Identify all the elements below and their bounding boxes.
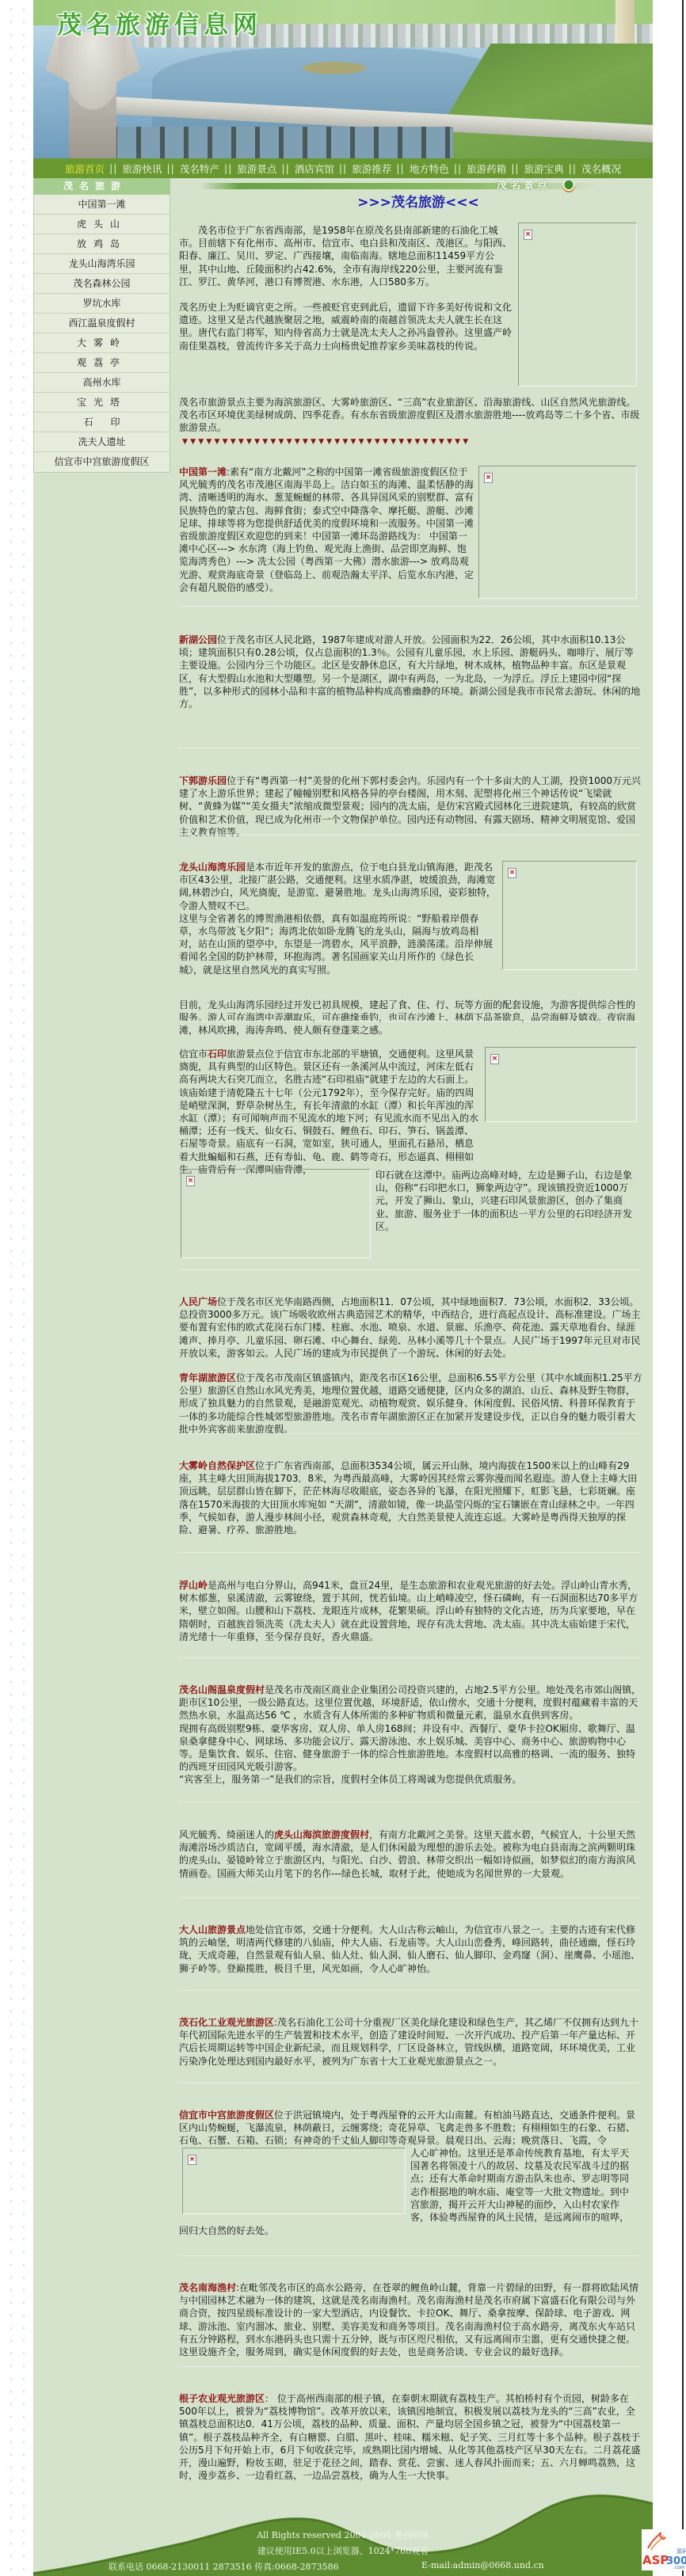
spot-name: 中国第一滩	[179, 466, 227, 478]
spot-entry: 茂名南海渔村:在毗邻茂名市区的高水公路旁，在苍翠的鲤鱼岭山麓，背靠一片碧绿的田野…	[179, 2281, 642, 2358]
nav-item-home[interactable]: 旅游首页	[65, 162, 105, 176]
spot-text: :素有“南方北戴河”之称的中国第一滩省级旅游度假区位于风光毓秀的茂名市茂港区南海…	[179, 466, 474, 593]
sidebar-item[interactable]: 罗坑水库	[34, 294, 170, 314]
image-placeholder: ×	[478, 466, 637, 599]
spot-text: 目前，龙头山海湾乐园经过开发已初具规模，建起了食、住、行、玩等方面的配套设施，为…	[179, 999, 642, 1037]
image-placeholder: ×	[485, 1047, 637, 1122]
divider	[179, 1990, 640, 1991]
background-pattern	[0, 0, 33, 2576]
asp300-logo[interactable]: ASP 300 源码 .com	[642, 2529, 686, 2570]
intro-paragraph: 茂名市旅游景点主要为海滨旅游区、大雾岭旅游区、“三高”农业旅游区、沿海旅游线、山…	[179, 396, 642, 435]
spot-prefix: 风光毓秀、绮丽迷人的	[179, 1829, 274, 1840]
nav-item-local[interactable]: 地方特色	[410, 162, 449, 176]
divider	[179, 1897, 640, 1898]
sidebar-item[interactable]: 石印	[34, 413, 170, 432]
spot-text: :在毗邻茂名市区的高水公路旁，在苍翠的鲤鱼岭山麓，背靠一片碧绿的田野，有一群将欧…	[179, 2282, 638, 2357]
spot-entry-continued: 回归大自然的好去处。	[179, 2224, 642, 2237]
image-placeholder: ×	[181, 1169, 371, 1258]
footer-email[interactable]: E-mail:admin@0668.und.cn	[421, 2560, 544, 2570]
spot-name: 大雾岭自然保护区	[179, 1460, 255, 1471]
spot-name: 茂名南海渔村	[179, 2282, 236, 2293]
spot-text: 位于茂名市区人民北路，1987年建成对游人开放。公园面积为22．26公顷，其中水…	[179, 634, 640, 710]
heart-divider: ▼▼▼▼▼▼▼▼▼▼▼▼▼▼▼▼▼▼▼▼▼▼▼▼▼▼▼▼▼▼▼▼▼▼▼▼	[182, 438, 471, 446]
divider	[179, 748, 640, 748]
banner-bridge-piers	[112, 127, 453, 158]
spot-name: 信宜市中宫旅游度假区	[179, 2110, 274, 2121]
nav-separator: ||	[569, 162, 577, 174]
sidebar-item[interactable]: 观荔亭	[34, 353, 170, 373]
spot-name: 石印	[208, 1048, 227, 1060]
spot-name: 人民广场	[179, 1296, 217, 1307]
nav-item-attractions[interactable]: 旅游景点	[237, 162, 276, 176]
divider	[179, 835, 640, 835]
divider	[179, 1433, 640, 1434]
divider	[179, 1802, 640, 1802]
nav-item-specialties[interactable]: 茂名特产	[180, 162, 219, 176]
nav-item-guide[interactable]: 旅游宝典	[524, 162, 564, 176]
spot-entry: 中国第一滩:素有“南方北戴河”之称的中国第一滩省级旅游度假区位于风光毓秀的茂名市…	[179, 466, 474, 594]
sidebar-item[interactable]: 龙头山海湾乐园	[34, 254, 170, 274]
broken-image-icon: ×	[490, 1054, 499, 1064]
spot-name: 茂名山阁温泉度假村	[179, 1684, 265, 1695]
spot-text: 是高州与电白分界山，高941米，盘亘24里，是生态旅游和农业观光旅游的好去处。浮…	[179, 1580, 638, 1642]
divider	[179, 1657, 640, 1658]
spot-entry-continued: 印石就在这潭中。庙两边高峰对峙，左边是狮子山，右边是象山，俗称“石印把水口，狮象…	[375, 1169, 637, 1233]
nav-item-hotels[interactable]: 酒店宾馆	[295, 162, 334, 176]
image-placeholder: ×	[502, 861, 637, 970]
spot-text: “宾客至上，服务第一”是我们的宗旨，度假村全体员工将竭诚为您提供优质服务。	[179, 1773, 642, 1786]
spot-name: 青年湖旅游区	[179, 1372, 236, 1383]
spot-entry: 风光毓秀、绮丽迷人的虎头山海滨旅游度假村，有南方北戴河之美誉。这里天蓝水碧，气候…	[179, 1828, 642, 1880]
sidebar-item[interactable]: 高州水库	[34, 373, 170, 393]
spot-entry: 信宜市中宫旅游度假区位于洪冠镇境内，处于粤西屋脊的云开大山南麓。有柏油马路直达，…	[179, 2109, 642, 2148]
spot-entry: 茂石化工业观光旅游区:茂名石油化工公司十分重视厂区美化绿化建设和绿色生产，其乙烯…	[179, 2016, 642, 2068]
spot-text: ： 位于高州西南部的根子镇，在秦朝末期就有荔枝生产。其柏桥村有个贡园，树龄多在5…	[179, 2393, 641, 2481]
spot-entry-continued: 目前，龙头山海湾乐园经过开发已初具规模，建起了食、住、行、玩等方面的配套设施，为…	[179, 999, 642, 1037]
sidebar: 中国第一滩 虎头山 放鸡岛 龙头山海湾乐园 茂名森林公园 罗坑水库 西江温泉度假…	[33, 194, 170, 473]
image-placeholder: ×	[518, 223, 637, 386]
intro-paragraph: 茂名市位于广东省西南部，是1958年在原茂名县南部新建的石油化工城市。目前辖下有…	[179, 224, 512, 288]
spot-entry: 浮山岭是高州与电白分界山，高941米，盘亘24里，是生态旅游和农业观光旅游的好去…	[179, 1579, 642, 1643]
spot-entry: 人民广场位于茂名市区光华南路西侧，占地面积11．07公顷，其中绿地面积7．73公…	[179, 1296, 642, 1360]
spot-entry: 大雾岭自然保护区位于广东省西南部，总面积3534公顷，属云开山脉，境内海拔在15…	[179, 1459, 642, 1536]
nav-item-news[interactable]: 旅游快讯	[122, 162, 162, 176]
footer-contact: 联系电话 0668-2130011 2873516 传真:0668-287358…	[109, 2560, 339, 2573]
spot-name: 大人山旅游景点	[179, 1924, 246, 1935]
sidebar-item[interactable]: 宝光塔	[34, 393, 170, 413]
nav-separator: ||	[454, 162, 462, 174]
spot-prefix: 信宜市	[179, 1048, 208, 1060]
main-content: >>>茂名旅游<<< 茂名市位于广东省西南部，是1958年在原茂名县南部新建的石…	[173, 194, 648, 215]
spot-entry: 龙头山海湾乐园是本市近年开发的旅游点，位于电白县龙山镇海港，距茂名市区43公里，…	[179, 861, 496, 976]
spot-text: 位于有“粤西第一村”美誉的化州下郭村委会内。乐园内有一个十多亩大的人工湖，投资1…	[179, 775, 641, 838]
spot-entry: 茂名山阁温泉度假村是茂名市茂南区商业企业集团公司投资兴建的，占地2.5平方公里。…	[179, 1684, 642, 1786]
spot-name: 茂石化工业观光旅游区	[179, 2017, 274, 2028]
broken-image-icon: ×	[484, 473, 493, 483]
divider	[179, 2083, 640, 2083]
tree-icon	[562, 180, 575, 192]
nav-item-overview[interactable]: 茂名概况	[581, 162, 621, 176]
divider	[179, 1021, 640, 1022]
divider	[179, 2366, 640, 2367]
nav-item-medkit[interactable]: 旅游药箱	[467, 162, 506, 176]
spot-text: 位于茂名市区光华南路西侧，占地面积11．07公顷，其中绿地面积7．73公顷，水面…	[179, 1296, 641, 1359]
spot-name: 龙头山海湾乐园	[179, 862, 246, 873]
divider	[179, 1269, 640, 1270]
nav-separator: ||	[224, 162, 232, 174]
nav-separator: ||	[339, 162, 347, 174]
spot-name: 虎头山海滨旅游度假村	[274, 1829, 369, 1840]
sidebar-item[interactable]: 信宜市中宫旅游度假区	[34, 452, 170, 472]
spot-entry: 大人山旅游景点地处信宜市郊，交通十分便利。大人山古称云岫山，为信宜市八景之一。主…	[179, 1923, 642, 1975]
divider	[179, 606, 640, 607]
banner-tower	[615, 0, 635, 44]
spot-text: 这里与全省著名的博贺渔港相依偎，真有如温庭筠所说：“野船着岸偎春草，水鸟带波飞夕…	[179, 912, 496, 976]
nav-separator: ||	[109, 162, 117, 174]
window-edge	[682, 0, 684, 2576]
site-title: 茂名旅游信息网	[57, 5, 262, 40]
spot-text: 位于广东省西南部，总面积3534公顷，属云开山脉，境内海拔在1500米以上的山峰…	[179, 1460, 637, 1535]
main-nav: 旅游首页 || 旅游快讯 || 茂名特产 || 旅游景点 || 酒店宾馆 || …	[33, 158, 653, 178]
image-placeholder: ×	[182, 2148, 406, 2214]
footer: All Rights reserved 2001-2004 粤西明珠 建议使用I…	[33, 2479, 653, 2576]
badge-text: ASP	[642, 2553, 669, 2567]
spot-name: 根子农业观光旅游区	[179, 2393, 265, 2404]
spot-name: 新湖公园	[179, 634, 217, 645]
banner-island	[303, 62, 366, 74]
sidebar-item[interactable]: 西江温泉度假村	[34, 314, 170, 333]
footer-browser-note: 建议使用IE5.0以上浏览器、1024*768观看	[33, 2544, 653, 2557]
nav-separator: ||	[281, 162, 289, 174]
broken-image-icon: ×	[188, 2155, 196, 2165]
sidebar-item[interactable]: 放鸡岛	[34, 234, 170, 254]
divider	[179, 1552, 640, 1553]
spot-text: 回归大自然的好去处。	[179, 2224, 642, 2237]
spot-text: 旅游景点位于信宜市东北部的平塘镇，交通便利。这里风景旖旎，具有典型的山区特色。景…	[179, 1048, 478, 1175]
nav-item-recommend[interactable]: 旅游推荐	[352, 162, 391, 176]
spot-text: 现拥有高级别墅9栋、豪华客房、双人房、单人房168间；并设有中、西餐厅、豪华卡拉…	[179, 1722, 642, 1774]
spot-name: 浮山岭	[179, 1580, 208, 1591]
nav-separator: ||	[511, 162, 519, 174]
svg-text:源码: 源码	[676, 2547, 686, 2555]
broken-image-icon: ×	[524, 230, 532, 240]
nav-separator: ||	[166, 162, 174, 174]
header-banner: 茂名旅游信息网	[33, 0, 653, 158]
spot-name: 下郭游乐园	[179, 775, 227, 786]
sidebar-item[interactable]: 中国第一滩	[34, 195, 170, 215]
spot-entry: 根子农业观光旅游区： 位于高州西南部的根子镇，在秦朝末期就有荔枝生产。其柏桥村有…	[179, 2392, 642, 2482]
spot-entry: 下郭游乐园位于有“粤西第一村”美誉的化州下郭村委会内。乐园内有一个十多亩大的人工…	[179, 774, 642, 839]
page-container: 茂名旅游信息网 旅游首页 || 旅游快讯 || 茂名特产 || 旅游景点 || …	[33, 0, 653, 2576]
spot-text: 地处信宜市郊，交通十分便利。大人山古称云岫山，为信宜市八景之一。主要的古迹有宋代…	[179, 1924, 640, 1974]
intro-block: 茂名市位于广东省西南部，是1958年在原茂名县南部新建的石油化工城市。目前辖下有…	[179, 224, 512, 352]
divider	[179, 2255, 640, 2256]
spot-text: 人心旷神怡。这里还是革命传统教育基地，有太平天国著名将领凌十八的故居、坟墓及农民…	[410, 2147, 637, 2224]
sidebar-item[interactable]: 冼夫人遗址	[34, 432, 170, 452]
spot-entry-continued: 人心旷神怡。这里还是革命传统教育基地，有太平天国著名将领凌十八的故居、坟墓及农民…	[410, 2147, 637, 2224]
spot-entry: 新湖公园位于茂名市区人民北路，1987年建成对游人开放。公园面积为22．26公顷…	[179, 634, 642, 710]
intro-paragraph: 茂名历史上为贬谪官吏之所。一些被贬官吏到此后，遗留下许多美好传说和文化遗迹。这里…	[179, 301, 512, 352]
page-title: >>>茂名旅游<<<	[189, 194, 648, 215]
footer-copyright: All Rights reserved 2001-2004 粤西明珠	[33, 2528, 653, 2541]
nav-separator: ||	[396, 162, 404, 174]
spot-entry: 信宜市石印旅游景点位于信宜市东北部的平塘镇，交通便利。这里风景旖旎，具有典型的山…	[179, 1048, 478, 1176]
broken-image-icon: ×	[186, 1176, 195, 1186]
spot-entry: 青年湖旅游区位于茂名市茂南区镇盛镇内，距茂名市区16公里，总面积6.55平方公里…	[179, 1372, 642, 1436]
sidebar-heading: 茂名旅游	[33, 178, 170, 194]
sidebar-item[interactable]: 茂名森林公园	[34, 274, 170, 294]
divider	[179, 1345, 640, 1345]
spot-text: 印石就在这潭中。庙两边高峰对峙，左边是狮子山，右边是象山，俗称“石印把水口，狮象…	[375, 1169, 637, 1233]
intro-block: 茂名市旅游景点主要为海滨旅游区、大雾岭旅游区、“三高”农业旅游区、沿海旅游线、山…	[179, 396, 642, 435]
broken-image-icon: ×	[508, 868, 516, 878]
section-label: 茂名景点	[497, 178, 551, 194]
sidebar-item[interactable]: 大雾岭	[34, 333, 170, 353]
sidebar-item[interactable]: 虎头山	[34, 215, 170, 234]
spot-text: 位于茂名市茂南区镇盛镇内，距茂名市区16公里，总面积6.55平方公里（其中水域面…	[179, 1372, 642, 1435]
svg-text:.com: .com	[673, 2565, 685, 2570]
section-header-strip: 茂名旅游 茂名景点	[33, 178, 653, 194]
